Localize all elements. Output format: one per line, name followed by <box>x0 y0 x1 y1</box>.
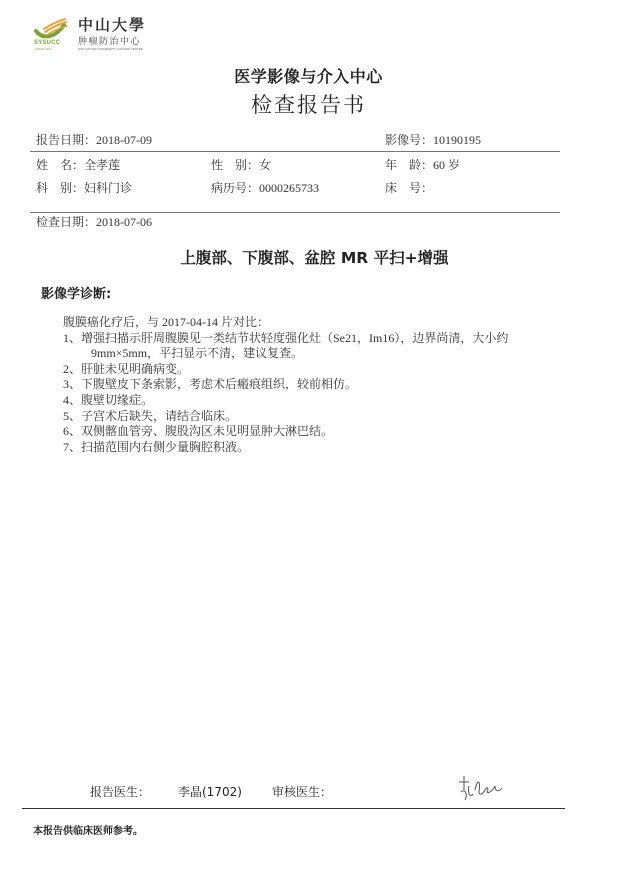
finding-item: 4、腹壁切缘症。 <box>63 393 553 409</box>
findings-list: 腹膜癌化疗后，与 2017-04-14 片对比： 1、增强扫描示肝周腹膜见一类结… <box>63 315 553 455</box>
department-title: 医学影像与介入中心 <box>0 64 617 87</box>
finding-item: 3、下腹壁皮下条索影，考虑术后瘢痕组织，较前相仿。 <box>63 377 553 393</box>
hospital-logo: SYSUCC SINCE 1964 中山大學 肿瘤防治中心 SUN YAT-SE… <box>34 13 164 53</box>
patient-name-label: 姓 名： <box>36 158 84 172</box>
exam-title: 上腹部、下腹部、盆腔 MR 平扫+增强 <box>0 246 617 268</box>
record-number-label: 病历号： <box>211 181 259 195</box>
patient-age: 年 龄：60 岁 <box>385 156 460 173</box>
logo-acronym: SYSUCC <box>34 40 60 46</box>
record-number: 病历号：0000265733 <box>211 179 319 196</box>
disclaimer: 本报告供临床医师参考。 <box>33 822 143 837</box>
patient-name: 姓 名：全孝莲 <box>36 156 120 173</box>
exam-date-value: 2018-07-06 <box>96 215 152 229</box>
department-value: 妇科门诊 <box>84 181 132 195</box>
signature-image <box>455 772 505 806</box>
reporting-doctor-label: 报告医生： <box>90 783 150 800</box>
report-date-label: 报告日期： <box>36 133 96 147</box>
exam-date: 检查日期：2018-07-06 <box>36 213 152 230</box>
logo-center-name: 肿瘤防治中心 <box>78 34 141 47</box>
image-number-value: 10190195 <box>433 133 481 147</box>
report-date-value: 2018-07-09 <box>96 133 152 147</box>
reviewing-doctor-label: 审核医生： <box>272 783 332 800</box>
logo-university-name: 中山大學 <box>78 14 146 35</box>
finding-item: 1、增强扫描示肝周腹膜见一类结节状轻度强化灶（Se21，Im16），边界尚清，大… <box>63 331 553 347</box>
divider <box>30 151 560 152</box>
finding-item: 5、子宫术后缺失，请结合临床。 <box>63 409 553 425</box>
exam-date-label: 检查日期： <box>36 215 96 229</box>
diagnosis-heading: 影像学诊断: <box>41 283 111 302</box>
document-title: 检查报告书 <box>0 89 617 119</box>
reporting-doctor-name: 李晶(1702) <box>178 783 242 800</box>
report-date: 报告日期：2018-07-09 <box>36 131 152 148</box>
patient-sex-value: 女 <box>259 158 271 172</box>
logo-emblem-icon <box>34 17 68 41</box>
patient-sex-label: 性 别： <box>211 158 259 172</box>
logo-since: SINCE 1964 <box>35 47 52 51</box>
record-number-value: 0000265733 <box>259 181 319 195</box>
finding-item: 7、扫描范围内右侧少量胸腔积液。 <box>63 440 553 456</box>
footer-divider <box>22 808 565 809</box>
finding-item-continuation: 9mm×5mm，平扫显示不清，建议复查。 <box>63 346 553 362</box>
bed-number: 床 号： <box>385 179 433 196</box>
patient-name-value: 全孝莲 <box>84 158 120 172</box>
department: 科 别：妇科门诊 <box>36 179 132 196</box>
patient-sex: 性 别：女 <box>211 156 271 173</box>
findings-intro: 腹膜癌化疗后，与 2017-04-14 片对比： <box>63 315 553 331</box>
image-number: 影像号：10190195 <box>385 131 481 148</box>
image-number-label: 影像号： <box>385 133 433 147</box>
finding-item: 2、肝脏未见明确病变。 <box>63 362 553 378</box>
logo-english-name: SUN YAT-SEN UNIVERSITY CANCER CENTER <box>78 47 143 51</box>
finding-item: 6、双侧髂血管旁、腹股沟区未见明显肿大淋巴结。 <box>63 424 553 440</box>
patient-age-value: 60 岁 <box>433 158 460 172</box>
patient-age-label: 年 龄： <box>385 158 433 172</box>
department-label: 科 别： <box>36 181 84 195</box>
bed-number-label: 床 号： <box>385 181 433 195</box>
